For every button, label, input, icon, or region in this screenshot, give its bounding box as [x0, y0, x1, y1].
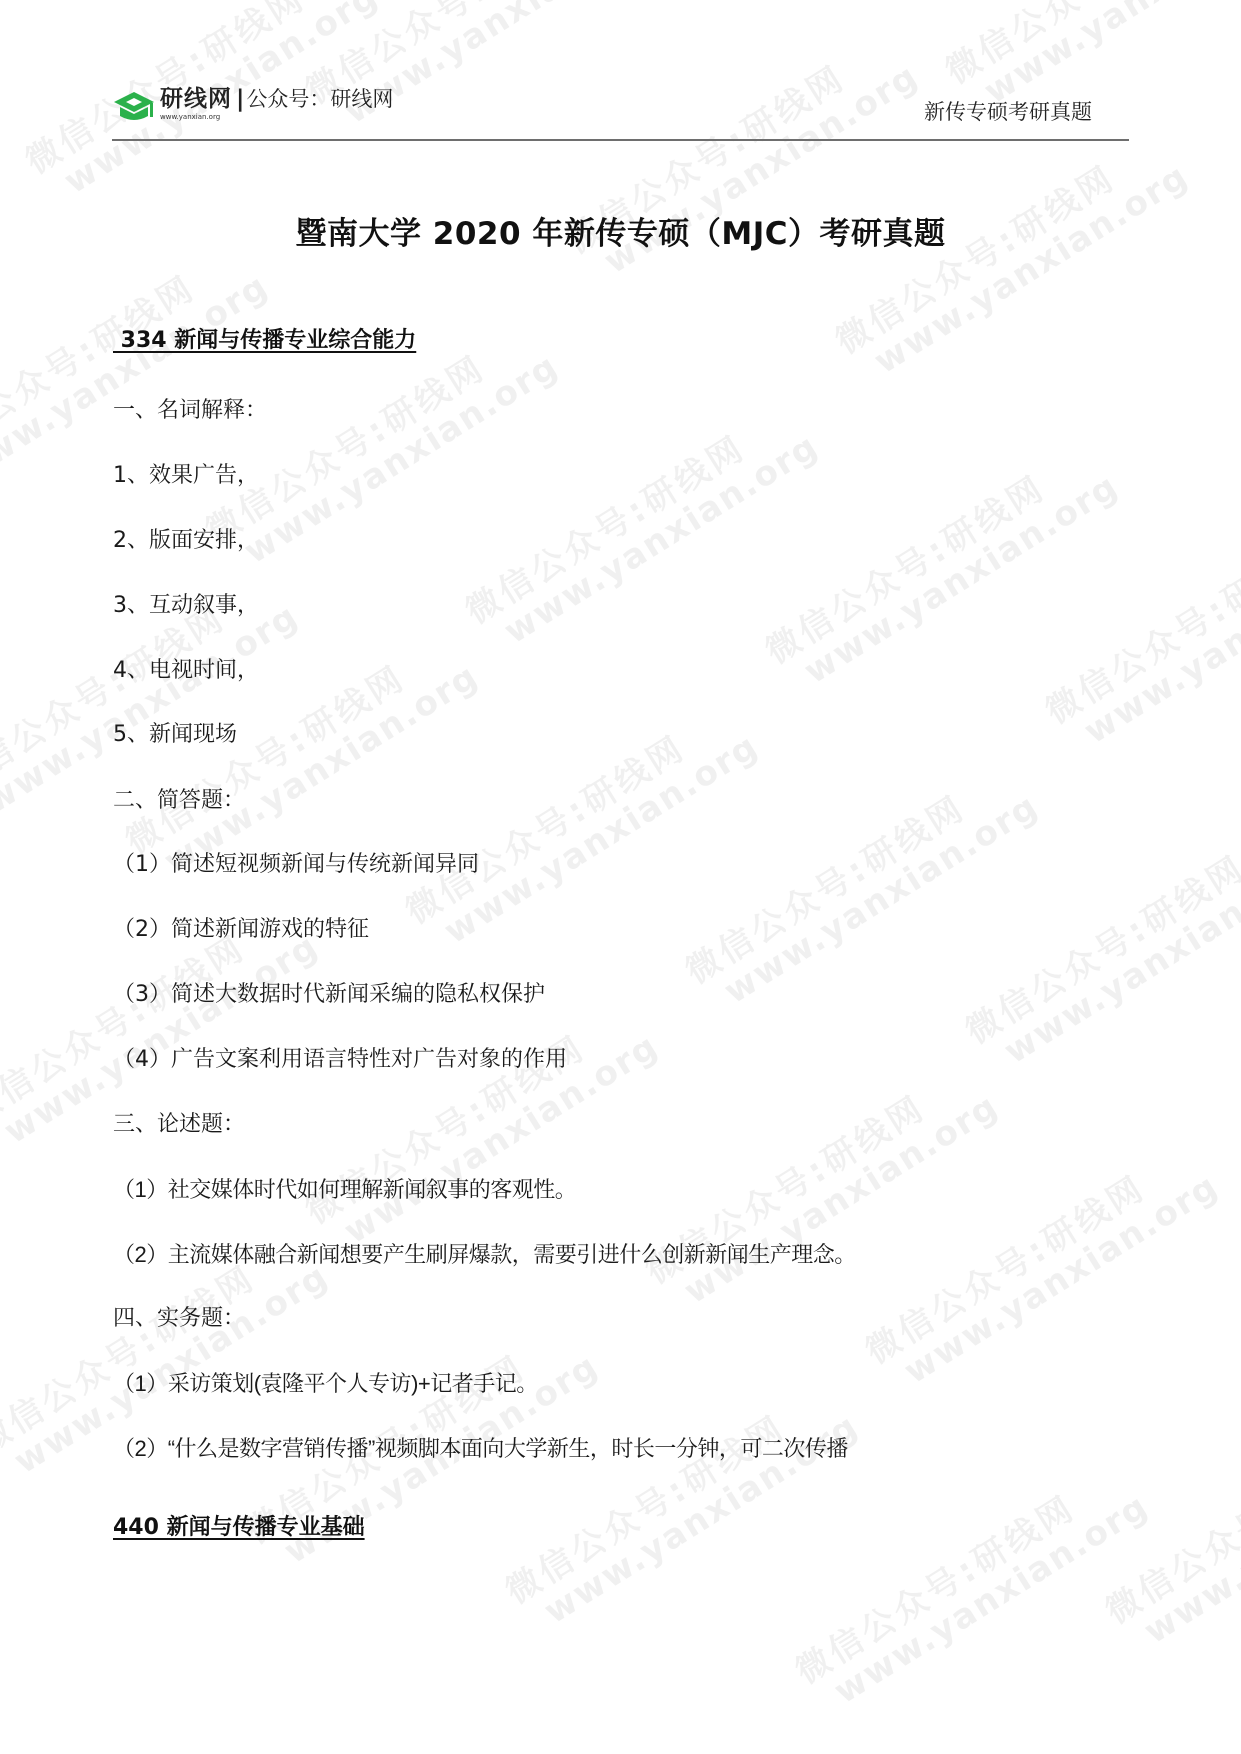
watermark: 微信公众号:研线网www.yanxian.org	[500, 1376, 866, 1643]
list-item: （2）“什么是数字营销传播”视频脚本面向大学新生，时长一分钟，可二次传播	[113, 1435, 848, 1463]
list-item: （2）主流媒体融合新闻想要产生刷屏爆款，需要引进什么创新新闻生产理念。	[113, 1241, 856, 1269]
page-header: 研线网 www.yanxian.org | 公众号：研线网 新传专硕考研真题	[112, 86, 1129, 136]
watermark: 微信公众号:研线网www.yanxian.org	[860, 1136, 1226, 1403]
logo: 研线网 www.yanxian.org | 公众号：研线网	[112, 86, 393, 126]
document-title: 暨南大学 2020 年新传专硕（MJC）考研真题	[0, 208, 1241, 253]
part-label-short-answer: 二、简答题：	[113, 787, 245, 815]
watermark: 微信公众号:研线网www.yanxian.org	[640, 1056, 1006, 1323]
logo-text: 研线网 www.yanxian.org	[160, 86, 232, 122]
section-heading-334: 334 新闻与传播专业综合能力	[113, 323, 416, 354]
part-label-essay: 三、论述题：	[113, 1111, 245, 1139]
part-label-practice: 四、实务题：	[113, 1305, 245, 1333]
list-item: （1）简述短视频新闻与传统新闻异同	[113, 851, 479, 879]
list-item: 1、效果广告，	[113, 462, 259, 490]
graduation-cap-logo-icon	[112, 90, 156, 126]
watermark: 微信公众号:研线网www.yanxian.org	[560, 26, 926, 293]
list-item: （1）社交媒体时代如何理解新闻叙事的客观性。	[113, 1176, 576, 1204]
list-item: （2）简述新闻游戏的特征	[113, 916, 369, 944]
watermark: 微信公众号:研线网www.yanxian.org	[790, 1456, 1156, 1723]
watermark: 微信公众号:研线网www.yanxian.org	[1100, 1396, 1241, 1663]
public-account-label: 公众号：研线网	[246, 86, 393, 112]
header-separator: |	[236, 86, 244, 112]
list-item: （4）广告文案利用语言特性对广告对象的作用	[113, 1046, 567, 1074]
watermark: 微信公众号:研线网www.yanxian.org	[1040, 496, 1241, 763]
header-divider	[112, 139, 1129, 141]
logo-url: www.yanxian.org	[160, 113, 232, 122]
watermark: 微信公众号:研线网www.yanxian.org	[830, 126, 1196, 393]
list-item: （1）采访策划(袁隆平个人专访)+记者手记。	[113, 1370, 538, 1398]
header-right-title: 新传专硕考研真题	[924, 96, 1092, 126]
list-item: 4、电视时间，	[113, 657, 259, 685]
list-item: （3）简述大数据时代新闻采编的隐私权保护	[113, 981, 545, 1009]
watermark: 微信公众号:研线网www.yanxian.org	[960, 816, 1241, 1083]
list-item: 5、新闻现场	[113, 721, 237, 749]
watermark: 微信公众号:研线网www.yanxian.org	[300, 996, 666, 1263]
watermark: 微信公众号:研线网www.yanxian.org	[680, 756, 1046, 1023]
section-heading-440: 440 新闻与传播专业基础	[113, 1510, 365, 1541]
watermark: 微信公众号:研线网www.yanxian.org	[460, 396, 826, 663]
watermark: 微信公众号:研线网www.yanxian.org	[760, 436, 1126, 703]
logo-name: 研线网	[160, 86, 232, 112]
list-item: 2、版面安排，	[113, 527, 259, 555]
watermark: 微信公众号:研线网www.yanxian.org	[400, 696, 766, 963]
part-label-terms: 一、名词解释：	[113, 397, 267, 425]
list-item: 3、互动叙事，	[113, 592, 259, 620]
